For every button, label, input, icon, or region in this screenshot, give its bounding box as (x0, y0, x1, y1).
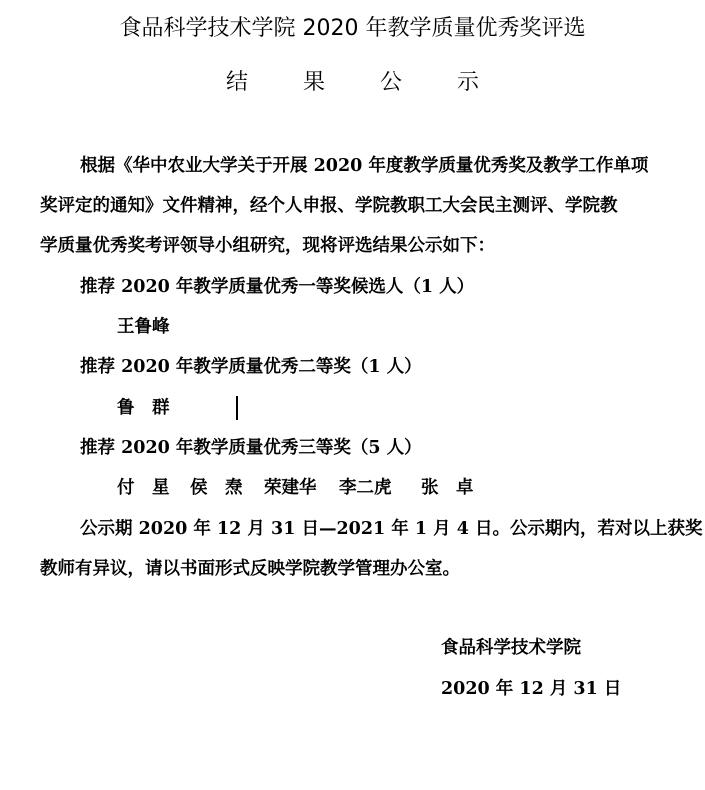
award-names-first: 王鲁峰 (117, 315, 170, 339)
document-title: 食品科学技术学院 2020 年教学质量优秀奖评选 (0, 14, 705, 44)
intro-line-1: 根据《华中农业大学关于开展 2020 年度教学质量优秀奖及教学工作单项 (80, 154, 648, 178)
award-name: 侯 焘 (190, 476, 264, 500)
signature-date: 2020 年 12 月 31 日 (441, 677, 621, 701)
intro-line-3: 学质量优秀奖考评领导小组研究，现将评选结果公示如下： (40, 234, 495, 258)
intro-line-2: 奖评定的通知》文件精神，经个人申报、学院教职工大会民主测评、学院教 (40, 194, 618, 218)
award-heading-third: 推荐 2020 年教学质量优秀三等奖（5 人） (80, 436, 422, 460)
document-subtitle: 结 果 公 示 (0, 68, 705, 98)
notice-line-1: 公示期 2020 年 12 月 31 日—2021 年 1 月 4 日。公示期内… (80, 517, 703, 541)
text-cursor (236, 396, 238, 420)
award-heading-second: 推荐 2020 年教学质量优秀二等奖（1 人） (80, 355, 422, 379)
notice-line-2: 教师有异议，请以书面形式反映学院教学管理办公室。 (40, 557, 460, 581)
award-name: 付 星 (117, 476, 190, 500)
award-names-third: 付 星侯 焘荣建华李二虎张 卓 (117, 476, 474, 500)
award-name: 张 卓 (421, 476, 474, 500)
award-name: 荣建华 (264, 476, 339, 500)
signature-org: 食品科学技术学院 (441, 636, 581, 660)
award-names-second: 鲁 群 (117, 396, 170, 420)
award-name: 李二虎 (339, 476, 421, 500)
award-heading-first: 推荐 2020 年教学质量优秀一等奖候选人（1 人） (80, 275, 474, 299)
